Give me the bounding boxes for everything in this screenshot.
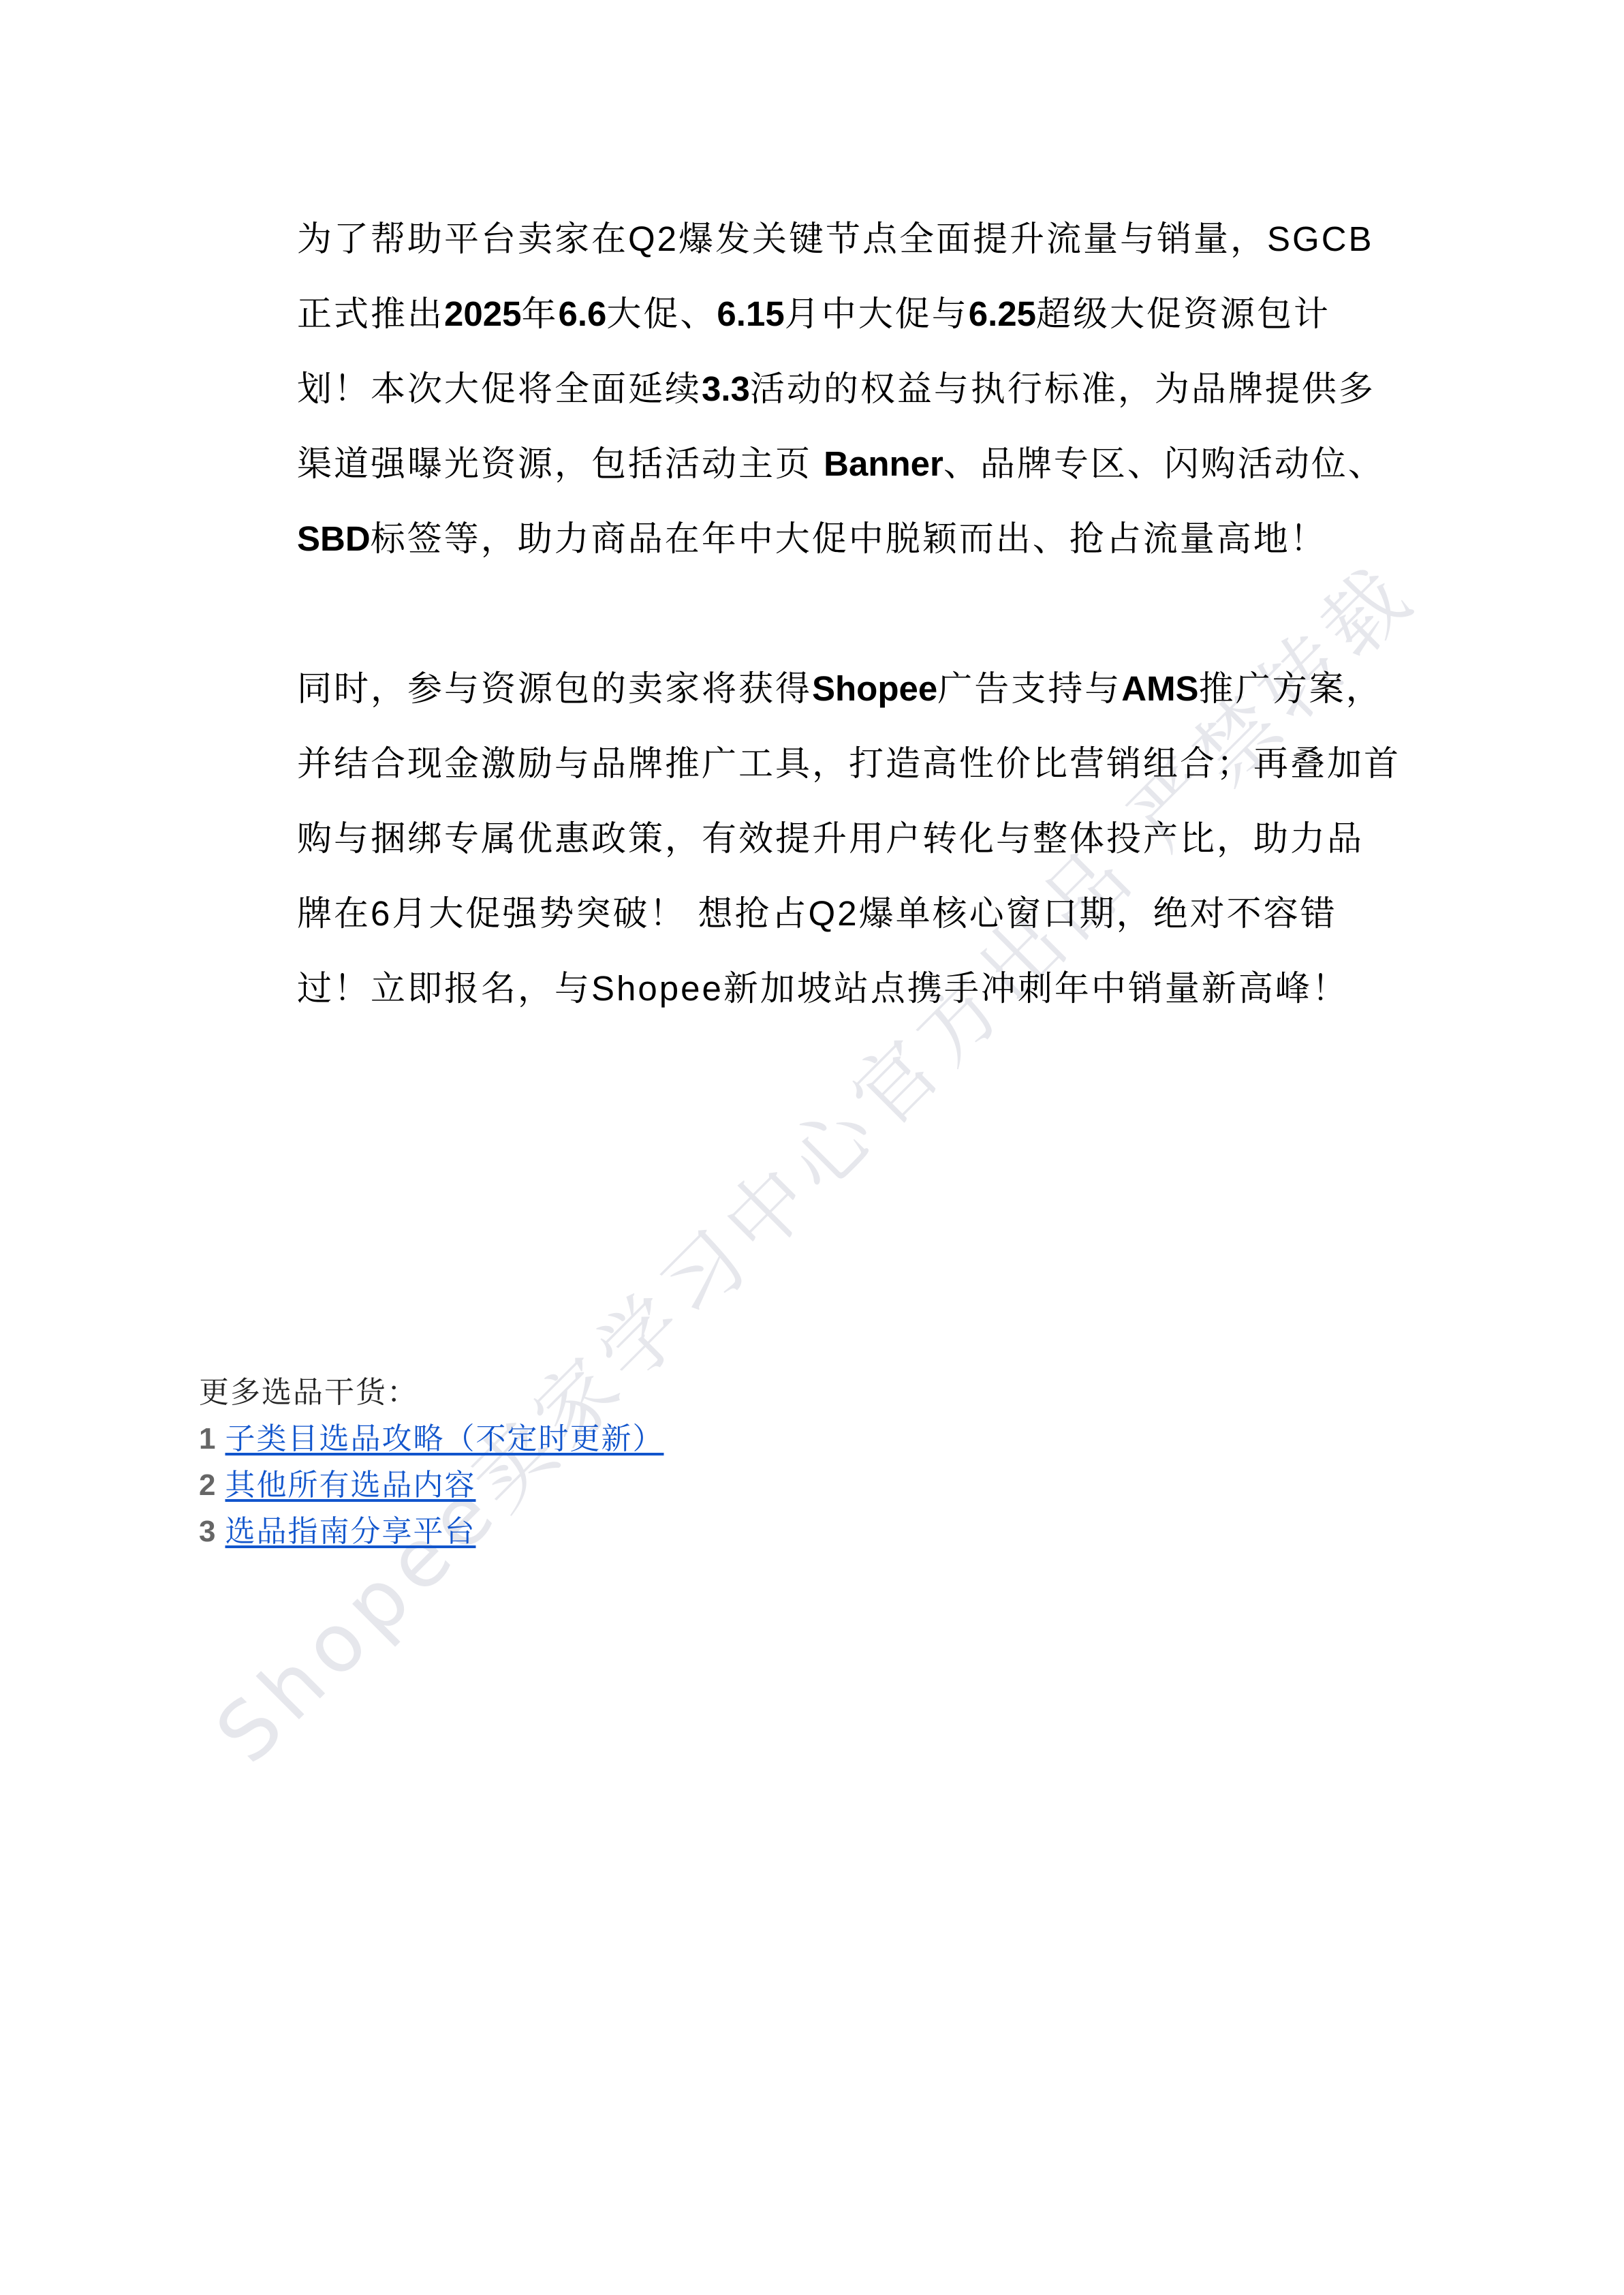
text-run: 广告支持与 bbox=[937, 669, 1121, 708]
paragraph-line: 为了帮助平台卖家在Q2爆发关键节点全面提升流量与销量，SGCB bbox=[297, 202, 1428, 277]
more-resources-section: 更多选品干货： 1子类目选品攻略（不定时更新） 2其他所有选品内容 3选品指南分… bbox=[199, 1370, 663, 1555]
text-run: 月中大促与 bbox=[785, 294, 969, 333]
bold-text-run: 2025 bbox=[444, 294, 521, 333]
list-number: 1 bbox=[199, 1422, 215, 1455]
paragraph-line: 购与捆绑专属优惠政策，有效提升用户转化与整体投产比，助力品 bbox=[297, 801, 1428, 876]
bold-text-run: 6.6 bbox=[559, 294, 607, 333]
paragraph-benefits: 同时，参与资源包的卖家将获得Shopee广告支持与AMS推广方案，并结合现金激励… bbox=[297, 651, 1428, 1026]
link-subcategory-guide[interactable]: 子类目选品攻略（不定时更新） bbox=[225, 1422, 663, 1455]
text-run: 同时，参与资源包的卖家将获得 bbox=[297, 669, 812, 708]
bold-text-run: Banner bbox=[824, 444, 943, 483]
bold-text-run: 3.3 bbox=[702, 369, 750, 408]
document-page: Shopee卖家学习中心官方出品 严禁转载 为了帮助平台卖家在Q2爆发关键节点全… bbox=[0, 0, 1624, 2295]
text-run: 推广方案， bbox=[1199, 669, 1383, 708]
text-run: 并结合现金激励与品牌推广工具，打造高性价比营销组合；再叠加首 bbox=[297, 744, 1401, 783]
resource-list-item: 2其他所有选品内容 bbox=[199, 1462, 663, 1509]
list-number: 3 bbox=[199, 1515, 215, 1548]
paragraph-line: 并结合现金激励与品牌推广工具，打造高性价比营销组合；再叠加首 bbox=[297, 726, 1428, 801]
text-run: 购与捆绑专属优惠政策，有效提升用户转化与整体投产比，助力品 bbox=[297, 819, 1364, 858]
list-number: 2 bbox=[199, 1468, 215, 1502]
paragraph-line: 划！本次大促将全面延续3.3活动的权益与执行标准，为品牌提供多 bbox=[297, 352, 1428, 427]
paragraph-intro: 为了帮助平台卖家在Q2爆发关键节点全面提升流量与销量，SGCB正式推出2025年… bbox=[297, 202, 1428, 576]
paragraph-line: 过！立即报名，与Shopee新加坡站点携手冲刺年中销量新高峰！ bbox=[297, 951, 1428, 1026]
paragraph-line: 正式推出2025年6.6大促、6.15月中大促与6.25超级大促资源包计 bbox=[297, 277, 1428, 352]
link-selection-guide-platform[interactable]: 选品指南分享平台 bbox=[225, 1515, 475, 1548]
bold-text-run: AMS bbox=[1121, 669, 1198, 708]
text-run: 渠道强曝光资源，包括活动主页 bbox=[297, 444, 824, 483]
text-run: 活动的权益与执行标准，为品牌提供多 bbox=[750, 369, 1375, 408]
paragraph-line: 同时，参与资源包的卖家将获得Shopee广告支持与AMS推广方案， bbox=[297, 651, 1428, 726]
text-run: 过！立即报名，与Shopee新加坡站点携手冲刺年中销量新高峰！ bbox=[297, 969, 1349, 1008]
text-run: 超级大促资源包计 bbox=[1036, 294, 1330, 333]
text-run: 为了帮助平台卖家在Q2爆发关键节点全面提升流量与销量，SGCB bbox=[297, 219, 1374, 258]
resource-list-item: 1子类目选品攻略（不定时更新） bbox=[199, 1416, 663, 1462]
bold-text-run: 6.15 bbox=[717, 294, 784, 333]
more-resources-title: 更多选品干货： bbox=[199, 1370, 663, 1416]
text-run: 、品牌专区、闪购活动位、 bbox=[943, 444, 1385, 483]
bold-text-run: SBD bbox=[297, 519, 371, 558]
paragraph-line: 渠道强曝光资源，包括活动主页 Banner、品牌专区、闪购活动位、 bbox=[297, 427, 1428, 502]
paragraph-line: SBD标签等，助力商品在年中大促中脱颖而出、抢占流量高地！ bbox=[297, 502, 1428, 576]
resource-list-item: 3选品指南分享平台 bbox=[199, 1509, 663, 1555]
text-run: 正式推出 bbox=[297, 294, 444, 333]
text-run: 年 bbox=[521, 294, 558, 333]
bold-text-run: Shopee bbox=[812, 669, 937, 708]
link-all-selection-content[interactable]: 其他所有选品内容 bbox=[225, 1468, 475, 1502]
text-run: 牌在6月大促强势突破！ 想抢占Q2爆单核心窗口期，绝对不容错 bbox=[297, 894, 1337, 933]
article-body: 为了帮助平台卖家在Q2爆发关键节点全面提升流量与销量，SGCB正式推出2025年… bbox=[297, 202, 1428, 1026]
text-run: 划！本次大促将全面延续 bbox=[297, 369, 702, 408]
text-run: 标签等，助力商品在年中大促中脱颖而出、抢占流量高地！ bbox=[371, 519, 1327, 558]
paragraph-line: 牌在6月大促强势突破！ 想抢占Q2爆单核心窗口期，绝对不容错 bbox=[297, 876, 1428, 951]
bold-text-run: 6.25 bbox=[969, 294, 1036, 333]
text-run: 大促、 bbox=[606, 294, 717, 333]
